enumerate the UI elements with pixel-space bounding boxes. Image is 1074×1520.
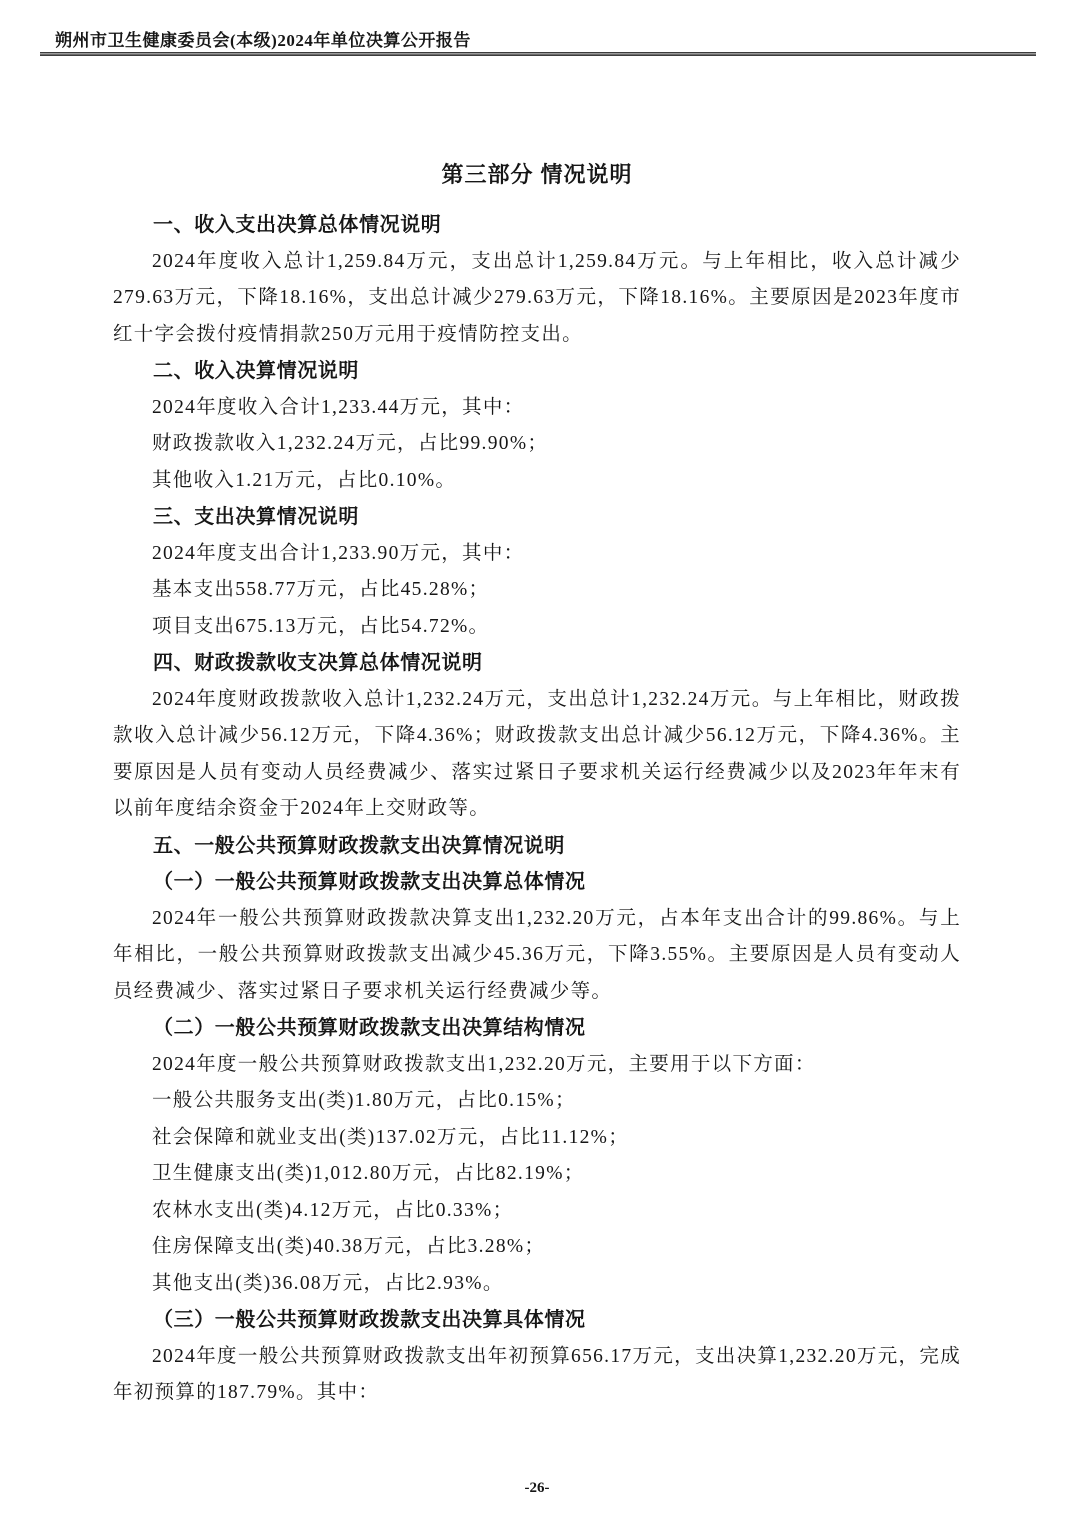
section-4-paragraph: 2024年度财政拨款收入总计1,232.24万元，支出总计1,232.24万元。… xyxy=(113,682,961,828)
section-3-heading: 三、支出决算情况说明 xyxy=(113,499,961,536)
subsection-5-2-paragraph: 其他支出(类)36.08万元，占比2.93%。 xyxy=(113,1266,961,1303)
section-4-heading: 四、财政拨款收支决算总体情况说明 xyxy=(113,645,961,682)
subsection-5-2-paragraph: 社会保障和就业支出(类)137.02万元，占比11.12%； xyxy=(113,1120,961,1157)
subsection-5-3-heading: （三）一般公共预算财政拨款支出决算具体情况 xyxy=(113,1302,961,1339)
subsection-5-2-heading: （二）一般公共预算财政拨款支出决算结构情况 xyxy=(113,1010,961,1047)
subsection-5-2-paragraph: 一般公共服务支出(类)1.80万元，占比0.15%； xyxy=(113,1083,961,1120)
section-3-paragraph: 基本支出558.77万元，占比45.28%； xyxy=(113,572,961,609)
section-1-heading: 一、收入支出决算总体情况说明 xyxy=(113,207,961,244)
section-1-paragraph: 2024年度收入总计1,259.84万元，支出总计1,259.84万元。与上年相… xyxy=(113,244,961,354)
section-2-paragraph: 2024年度收入合计1,233.44万元，其中： xyxy=(113,390,961,427)
page-number: -26- xyxy=(0,1480,1074,1497)
section-5-heading: 五、一般公共预算财政拨款支出决算情况说明 xyxy=(113,828,961,865)
part-title: 第三部分 情况说明 xyxy=(0,158,1074,189)
section-3-paragraph: 项目支出675.13万元，占比54.72%。 xyxy=(113,609,961,646)
subsection-5-1-heading: （一）一般公共预算财政拨款支出决算总体情况 xyxy=(113,864,961,901)
subsection-5-2-paragraph: 农林水支出(类)4.12万元，占比0.33%； xyxy=(113,1193,961,1230)
section-2-paragraph: 其他收入1.21万元，占比0.10%。 xyxy=(113,463,961,500)
header-rule-divider xyxy=(40,52,1036,56)
section-3-paragraph: 2024年度支出合计1,233.90万元，其中： xyxy=(113,536,961,573)
subsection-5-2-paragraph: 卫生健康支出(类)1,012.80万元，占比82.19%； xyxy=(113,1156,961,1193)
section-2-heading: 二、收入决算情况说明 xyxy=(113,353,961,390)
document-body: 一、收入支出决算总体情况说明 2024年度收入总计1,259.84万元，支出总计… xyxy=(113,207,961,1412)
subsection-5-1-paragraph: 2024年一般公共预算财政拨款决算支出1,232.20万元，占本年支出合计的99… xyxy=(113,901,961,1011)
subsection-5-2-paragraph: 2024年度一般公共预算财政拨款支出1,232.20万元，主要用于以下方面： xyxy=(113,1047,961,1084)
section-2-paragraph: 财政拨款收入1,232.24万元，占比99.90%； xyxy=(113,426,961,463)
subsection-5-3-paragraph: 2024年度一般公共预算财政拨款支出年初预算656.17万元，支出决算1,232… xyxy=(113,1339,961,1412)
document-header-title: 朔州市卫生健康委员会(本级)2024年单位决算公开报告 xyxy=(55,26,471,51)
subsection-5-2-paragraph: 住房保障支出(类)40.38万元，占比3.28%； xyxy=(113,1229,961,1266)
